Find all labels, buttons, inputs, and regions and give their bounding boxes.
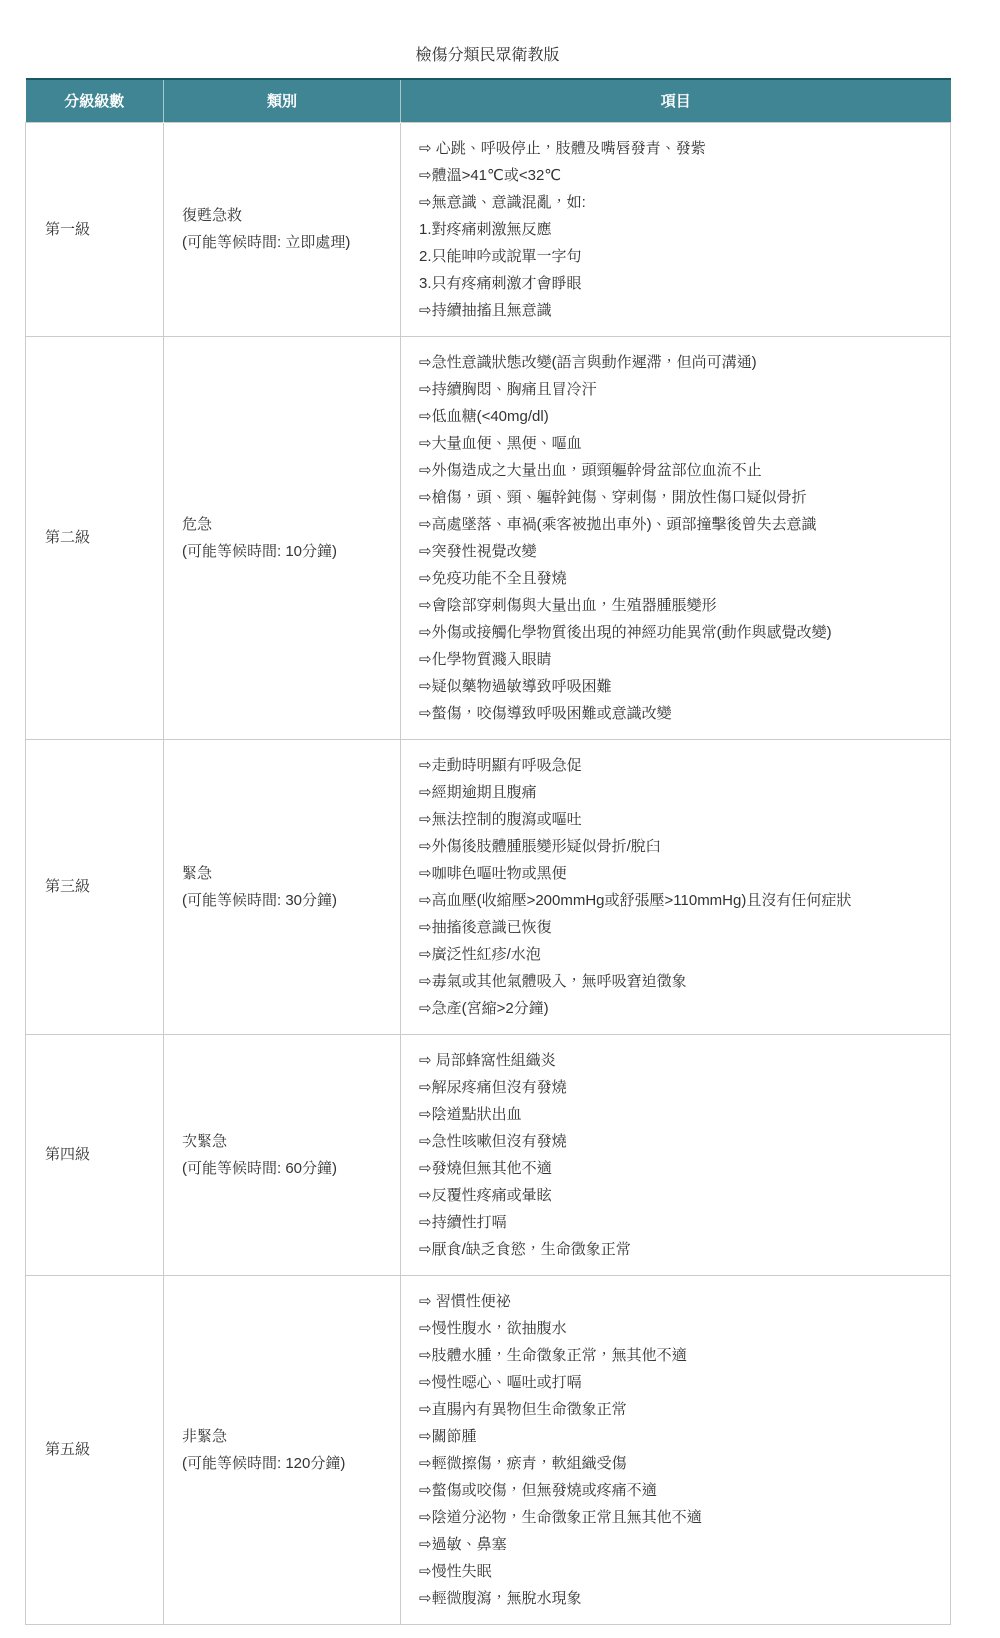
item-line: ⇨走動時明顯有呼吸急促: [419, 752, 938, 779]
item-line: ⇨低血糖(<40mg/dl): [419, 403, 938, 430]
level-label: 第四級: [45, 1146, 90, 1163]
category-name: 復甦急救: [182, 202, 388, 229]
page-title: 檢傷分類民眾衛教版: [25, 42, 950, 65]
items-cell: ⇨急性意識狀態改變(語言與動作遲滯，但尚可溝通)⇨持續胸悶、胸痛且冒冷汗⇨低血糖…: [401, 336, 951, 739]
table-row: 第五級 非緊急 (可能等候時間: 120分鐘) ⇨ 習慣性便祕⇨慢性腹水，欲抽腹…: [26, 1275, 951, 1624]
items-cell: ⇨走動時明顯有呼吸急促⇨經期逾期且腹痛⇨無法控制的腹瀉或嘔吐⇨外傷後肢體腫脹變形…: [401, 739, 951, 1034]
level-cell: 第四級: [26, 1034, 164, 1275]
category-cell: 危急 (可能等候時間: 10分鐘): [164, 336, 401, 739]
item-line: ⇨槍傷，頭、頸、軀幹鈍傷、穿刺傷，開放性傷口疑似骨折: [419, 484, 938, 511]
table-header: 分級級數 類別 項目: [26, 79, 951, 122]
item-line: ⇨咖啡色嘔吐物或黑便: [419, 860, 938, 887]
item-list: ⇨走動時明顯有呼吸急促⇨經期逾期且腹痛⇨無法控制的腹瀉或嘔吐⇨外傷後肢體腫脹變形…: [419, 752, 938, 1022]
item-line: ⇨高血壓(收縮壓>200mmHg或舒張壓>110mmHg)且沒有任何症狀: [419, 887, 938, 914]
level-label: 第五級: [45, 1441, 90, 1458]
item-line: ⇨化學物質濺入眼睛: [419, 646, 938, 673]
item-line: 1.對疼痛刺激無反應: [419, 216, 938, 243]
item-line: ⇨高處墜落、車禍(乘客被拋出車外)、頭部撞擊後曾失去意識: [419, 511, 938, 538]
header-row: 分級級數 類別 項目: [26, 79, 951, 122]
item-line: ⇨反覆性疼痛或暈眩: [419, 1182, 938, 1209]
items-cell: ⇨ 心跳、呼吸停止，肢體及嘴唇發青、發紫⇨體溫>41℃或<32℃⇨無意識、意識混…: [401, 122, 951, 336]
level-cell: 第三級: [26, 739, 164, 1034]
triage-page: 檢傷分類民眾衛教版 分級級數 類別 項目 第一級 復甦急救 (可能等候時間: 立…: [0, 0, 1000, 1625]
item-line: ⇨陰道點狀出血: [419, 1101, 938, 1128]
category-cell: 緊急 (可能等候時間: 30分鐘): [164, 739, 401, 1034]
item-line: ⇨持續抽搐且無意識: [419, 297, 938, 324]
level-label: 第二級: [45, 529, 90, 546]
items-cell: ⇨ 局部蜂窩性組織炎⇨解尿疼痛但沒有發燒⇨陰道點狀出血⇨急性咳嗽但沒有發燒⇨發燒…: [401, 1034, 951, 1275]
item-line: ⇨輕微腹瀉，無脫水現象: [419, 1585, 938, 1612]
level-cell: 第二級: [26, 336, 164, 739]
item-line: ⇨疑似藥物過敏導致呼吸困難: [419, 673, 938, 700]
item-line: ⇨持續性打嗝: [419, 1209, 938, 1236]
category-cell: 非緊急 (可能等候時間: 120分鐘): [164, 1275, 401, 1624]
table-row: 第四級 次緊急 (可能等候時間: 60分鐘) ⇨ 局部蜂窩性組織炎⇨解尿疼痛但沒…: [26, 1034, 951, 1275]
item-line: 3.只有疼痛刺激才會睜眼: [419, 270, 938, 297]
wait-time: (可能等候時間: 10分鐘): [182, 538, 354, 565]
category-name: 非緊急: [182, 1423, 388, 1450]
item-line: ⇨經期逾期且腹痛: [419, 779, 938, 806]
item-list: ⇨ 局部蜂窩性組織炎⇨解尿疼痛但沒有發燒⇨陰道點狀出血⇨急性咳嗽但沒有發燒⇨發燒…: [419, 1047, 938, 1263]
item-line: ⇨陰道分泌物，生命徵象正常且無其他不適: [419, 1504, 938, 1531]
level-label: 第三級: [45, 878, 90, 895]
item-line: ⇨直腸內有異物但生命徵象正常: [419, 1396, 938, 1423]
item-line: ⇨ 心跳、呼吸停止，肢體及嘴唇發青、發紫: [419, 135, 938, 162]
level-cell: 第一級: [26, 122, 164, 336]
wait-time: (可能等候時間: 60分鐘): [182, 1155, 354, 1182]
items-cell: ⇨ 習慣性便祕⇨慢性腹水，欲抽腹水⇨肢體水腫，生命徵象正常，無其他不適⇨慢性噁心…: [401, 1275, 951, 1624]
item-line: ⇨無意識、意識混亂，如:: [419, 189, 938, 216]
table-row: 第三級 緊急 (可能等候時間: 30分鐘) ⇨走動時明顯有呼吸急促⇨經期逾期且腹…: [26, 739, 951, 1034]
item-list: ⇨ 習慣性便祕⇨慢性腹水，欲抽腹水⇨肢體水腫，生命徵象正常，無其他不適⇨慢性噁心…: [419, 1288, 938, 1612]
item-line: ⇨螫傷，咬傷導致呼吸困難或意識改變: [419, 700, 938, 727]
item-line: ⇨外傷後肢體腫脹變形疑似骨折/脫臼: [419, 833, 938, 860]
item-line: ⇨毒氣或其他氣體吸入，無呼吸窘迫徵象: [419, 968, 938, 995]
triage-table: 分級級數 類別 項目 第一級 復甦急救 (可能等候時間: 立即處理) ⇨ 心跳、…: [25, 78, 951, 1625]
item-line: ⇨厭食/缺乏食慾，生命徵象正常: [419, 1236, 938, 1263]
item-line: ⇨ 局部蜂窩性組織炎: [419, 1047, 938, 1074]
category-name: 次緊急: [182, 1128, 388, 1155]
item-line: ⇨過敏、鼻塞: [419, 1531, 938, 1558]
level-label: 第一級: [45, 221, 90, 238]
wait-time: (可能等候時間: 立即處理): [182, 229, 354, 256]
item-line: ⇨急性意識狀態改變(語言與動作遲滯，但尚可溝通): [419, 349, 938, 376]
wait-time: (可能等候時間: 120分鐘): [182, 1450, 354, 1477]
item-line: ⇨大量血便、黑便、嘔血: [419, 430, 938, 457]
item-line: ⇨ 習慣性便祕: [419, 1288, 938, 1315]
item-line: ⇨解尿疼痛但沒有發燒: [419, 1074, 938, 1101]
header-cell-level: 分級級數: [26, 79, 164, 122]
level-cell: 第五級: [26, 1275, 164, 1624]
wait-time: (可能等候時間: 30分鐘): [182, 887, 354, 914]
item-line: ⇨螫傷或咬傷，但無發燒或疼痛不適: [419, 1477, 938, 1504]
header-cell-items: 項目: [401, 79, 951, 122]
item-line: ⇨外傷或接觸化學物質後出現的神經功能異常(動作與感覺改變): [419, 619, 938, 646]
item-list: ⇨急性意識狀態改變(語言與動作遲滯，但尚可溝通)⇨持續胸悶、胸痛且冒冷汗⇨低血糖…: [419, 349, 938, 727]
item-line: ⇨急產(宮縮>2分鐘): [419, 995, 938, 1022]
item-line: ⇨無法控制的腹瀉或嘔吐: [419, 806, 938, 833]
table-body: 第一級 復甦急救 (可能等候時間: 立即處理) ⇨ 心跳、呼吸停止，肢體及嘴唇發…: [26, 122, 951, 1624]
item-line: ⇨廣泛性紅疹/水泡: [419, 941, 938, 968]
item-line: ⇨持續胸悶、胸痛且冒冷汗: [419, 376, 938, 403]
item-line: ⇨肢體水腫，生命徵象正常，無其他不適: [419, 1342, 938, 1369]
item-line: ⇨慢性噁心、嘔吐或打嗝: [419, 1369, 938, 1396]
category-name: 危急: [182, 511, 388, 538]
item-list: ⇨ 心跳、呼吸停止，肢體及嘴唇發青、發紫⇨體溫>41℃或<32℃⇨無意識、意識混…: [419, 135, 938, 324]
item-line: ⇨慢性腹水，欲抽腹水: [419, 1315, 938, 1342]
item-line: ⇨急性咳嗽但沒有發燒: [419, 1128, 938, 1155]
table-row: 第一級 復甦急救 (可能等候時間: 立即處理) ⇨ 心跳、呼吸停止，肢體及嘴唇發…: [26, 122, 951, 336]
category-cell: 復甦急救 (可能等候時間: 立即處理): [164, 122, 401, 336]
category-name: 緊急: [182, 860, 388, 887]
item-line: 2.只能呻吟或說單一字句: [419, 243, 938, 270]
item-line: ⇨外傷造成之大量出血，頭頸軀幹骨盆部位血流不止: [419, 457, 938, 484]
item-line: ⇨慢性失眠: [419, 1558, 938, 1585]
header-cell-category: 類別: [164, 79, 401, 122]
item-line: ⇨發燒但無其他不適: [419, 1155, 938, 1182]
item-line: ⇨免疫功能不全且發燒: [419, 565, 938, 592]
category-cell: 次緊急 (可能等候時間: 60分鐘): [164, 1034, 401, 1275]
item-line: ⇨體溫>41℃或<32℃: [419, 162, 938, 189]
item-line: ⇨會陰部穿刺傷與大量出血，生殖器腫脹變形: [419, 592, 938, 619]
item-line: ⇨抽搐後意識已恢復: [419, 914, 938, 941]
item-line: ⇨突發性視覺改變: [419, 538, 938, 565]
item-line: ⇨關節腫: [419, 1423, 938, 1450]
item-line: ⇨輕微擦傷，瘀青，軟組織受傷: [419, 1450, 938, 1477]
table-row: 第二級 危急 (可能等候時間: 10分鐘) ⇨急性意識狀態改變(語言與動作遲滯，…: [26, 336, 951, 739]
